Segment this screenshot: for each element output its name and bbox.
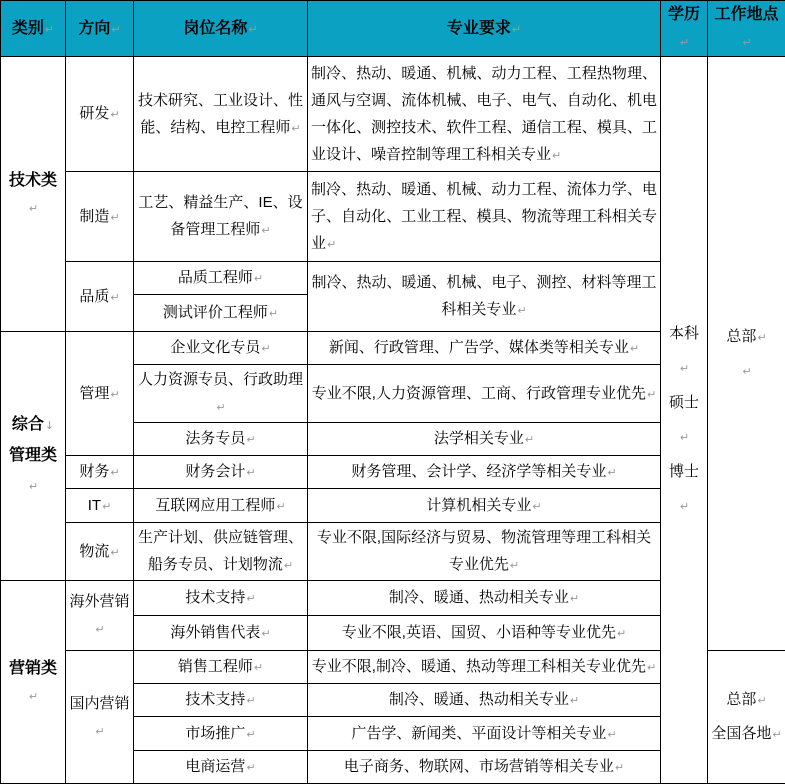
position-cell: 互联网应用工程师↵: [134, 489, 308, 523]
header-position-name: 岗位名称↵: [134, 1, 308, 57]
requirement-cell: 新闻、行政管理、广告学、媒体类等相关专业↵: [308, 332, 661, 365]
category-cell-technical: 技术类↵: [1, 57, 66, 332]
header-major-requirements: 专业要求↵: [308, 1, 661, 57]
direction-cell-finance: 财务↵: [66, 456, 134, 489]
requirement-cell: 制冷、暖通、热动相关专业↵: [308, 581, 661, 616]
header-row: 类别↵ 方向↵ 岗位名称↵ 专业要求↵ 学历↵ 工作地点↵: [1, 1, 785, 57]
position-cell: 工艺、精益生产、IE、设备管理工程师↵: [134, 172, 308, 262]
header-work-location: 工作地点↵: [708, 1, 785, 57]
direction-cell-overseas-sales: 海外营销↵: [66, 581, 134, 651]
requirement-cell: 电子商务、物联网、市场营销等相关专业↵: [308, 751, 661, 784]
position-cell: 企业文化专员↵: [134, 332, 308, 365]
position-cell: 技术研究、工业设计、性能、结构、电控工程师↵: [134, 57, 308, 172]
position-cell: 销售工程师↵: [134, 651, 308, 684]
education-cell: 本科↵硕士↵博士↵: [661, 57, 708, 784]
header-education: 学历↵: [661, 1, 708, 57]
category-cell-marketing: 营销类↵: [1, 581, 66, 784]
position-cell: 技术支持↵: [134, 684, 308, 717]
direction-cell-quality: 品质↵: [66, 262, 134, 332]
position-cell: 测试评价工程师↵: [134, 295, 308, 332]
position-cell: 电商运营↵: [134, 751, 308, 784]
position-cell: 市场推广↵: [134, 717, 308, 751]
requirement-cell: 计算机相关专业↵: [308, 489, 661, 523]
direction-cell-domestic-sales: 国内营销↵: [66, 651, 134, 784]
direction-cell-it: IT↵: [66, 489, 134, 523]
header-category: 类别↵: [1, 1, 66, 57]
direction-cell-logistics: 物流↵: [66, 523, 134, 581]
requirement-cell: 广告学、新闻类、平面设计等相关专业↵: [308, 717, 661, 751]
requirement-cell: 专业不限,制冷、暖通、热动等理工科相关专业优先↵: [308, 651, 661, 684]
direction-cell-rd: 研发↵: [66, 57, 134, 172]
requirement-cell: 制冷、热动、暖通、机械、动力工程、流体力学、电子、自动化、工业工程、模具、物流等…: [308, 172, 661, 262]
position-cell: 技术支持↵: [134, 581, 308, 616]
direction-cell-management: 管理↵: [66, 332, 134, 456]
position-cell: 法务专员↵: [134, 423, 308, 456]
position-cell: 海外销售代表↵: [134, 616, 308, 651]
category-cell-general-management: 综合↓管理类↵: [1, 332, 66, 581]
header-direction: 方向↵: [66, 1, 134, 57]
position-cell: 生产计划、供应链管理、船务专员、计划物流↵: [134, 523, 308, 581]
requirement-cell: 制冷、暖通、热动相关专业↵: [308, 684, 661, 717]
recruitment-table: 类别↵ 方向↵ 岗位名称↵ 专业要求↵ 学历↵ 工作地点↵ 技术类↵ 研发↵ 技…: [0, 0, 785, 784]
requirement-cell: 专业不限,英语、国贸、小语种等专业优先↵: [308, 616, 661, 651]
requirement-cell: 制冷、热动、暖通、机械、电子、测控、材料等理工科相关专业↵: [308, 262, 661, 332]
location-cell-headquarters: 总部↵↵: [708, 57, 785, 651]
location-cell-domestic: 总部↵全国各地↵: [708, 651, 785, 784]
position-cell: 品质工程师↵: [134, 262, 308, 295]
requirement-cell: 法学相关专业↵: [308, 423, 661, 456]
requirement-cell: 专业不限,人力资源管理、工商、行政管理专业优先↵: [308, 365, 661, 423]
position-cell: 人力资源专员、行政助理↵: [134, 365, 308, 423]
direction-cell-manufacturing: 制造↵: [66, 172, 134, 262]
table-row: 技术类↵ 研发↵ 技术研究、工业设计、性能、结构、电控工程师↵ 制冷、热动、暖通…: [1, 57, 785, 172]
position-cell: 财务会计↵: [134, 456, 308, 489]
requirement-cell: 财务管理、会计学、经济学等相关专业↵: [308, 456, 661, 489]
requirement-cell: 制冷、热动、暖通、机械、动力工程、工程热物理、通风与空调、流体机械、电子、电气、…: [308, 57, 661, 172]
requirement-cell: 专业不限,国际经济与贸易、物流管理等理工科相关专业优先↵: [308, 523, 661, 581]
